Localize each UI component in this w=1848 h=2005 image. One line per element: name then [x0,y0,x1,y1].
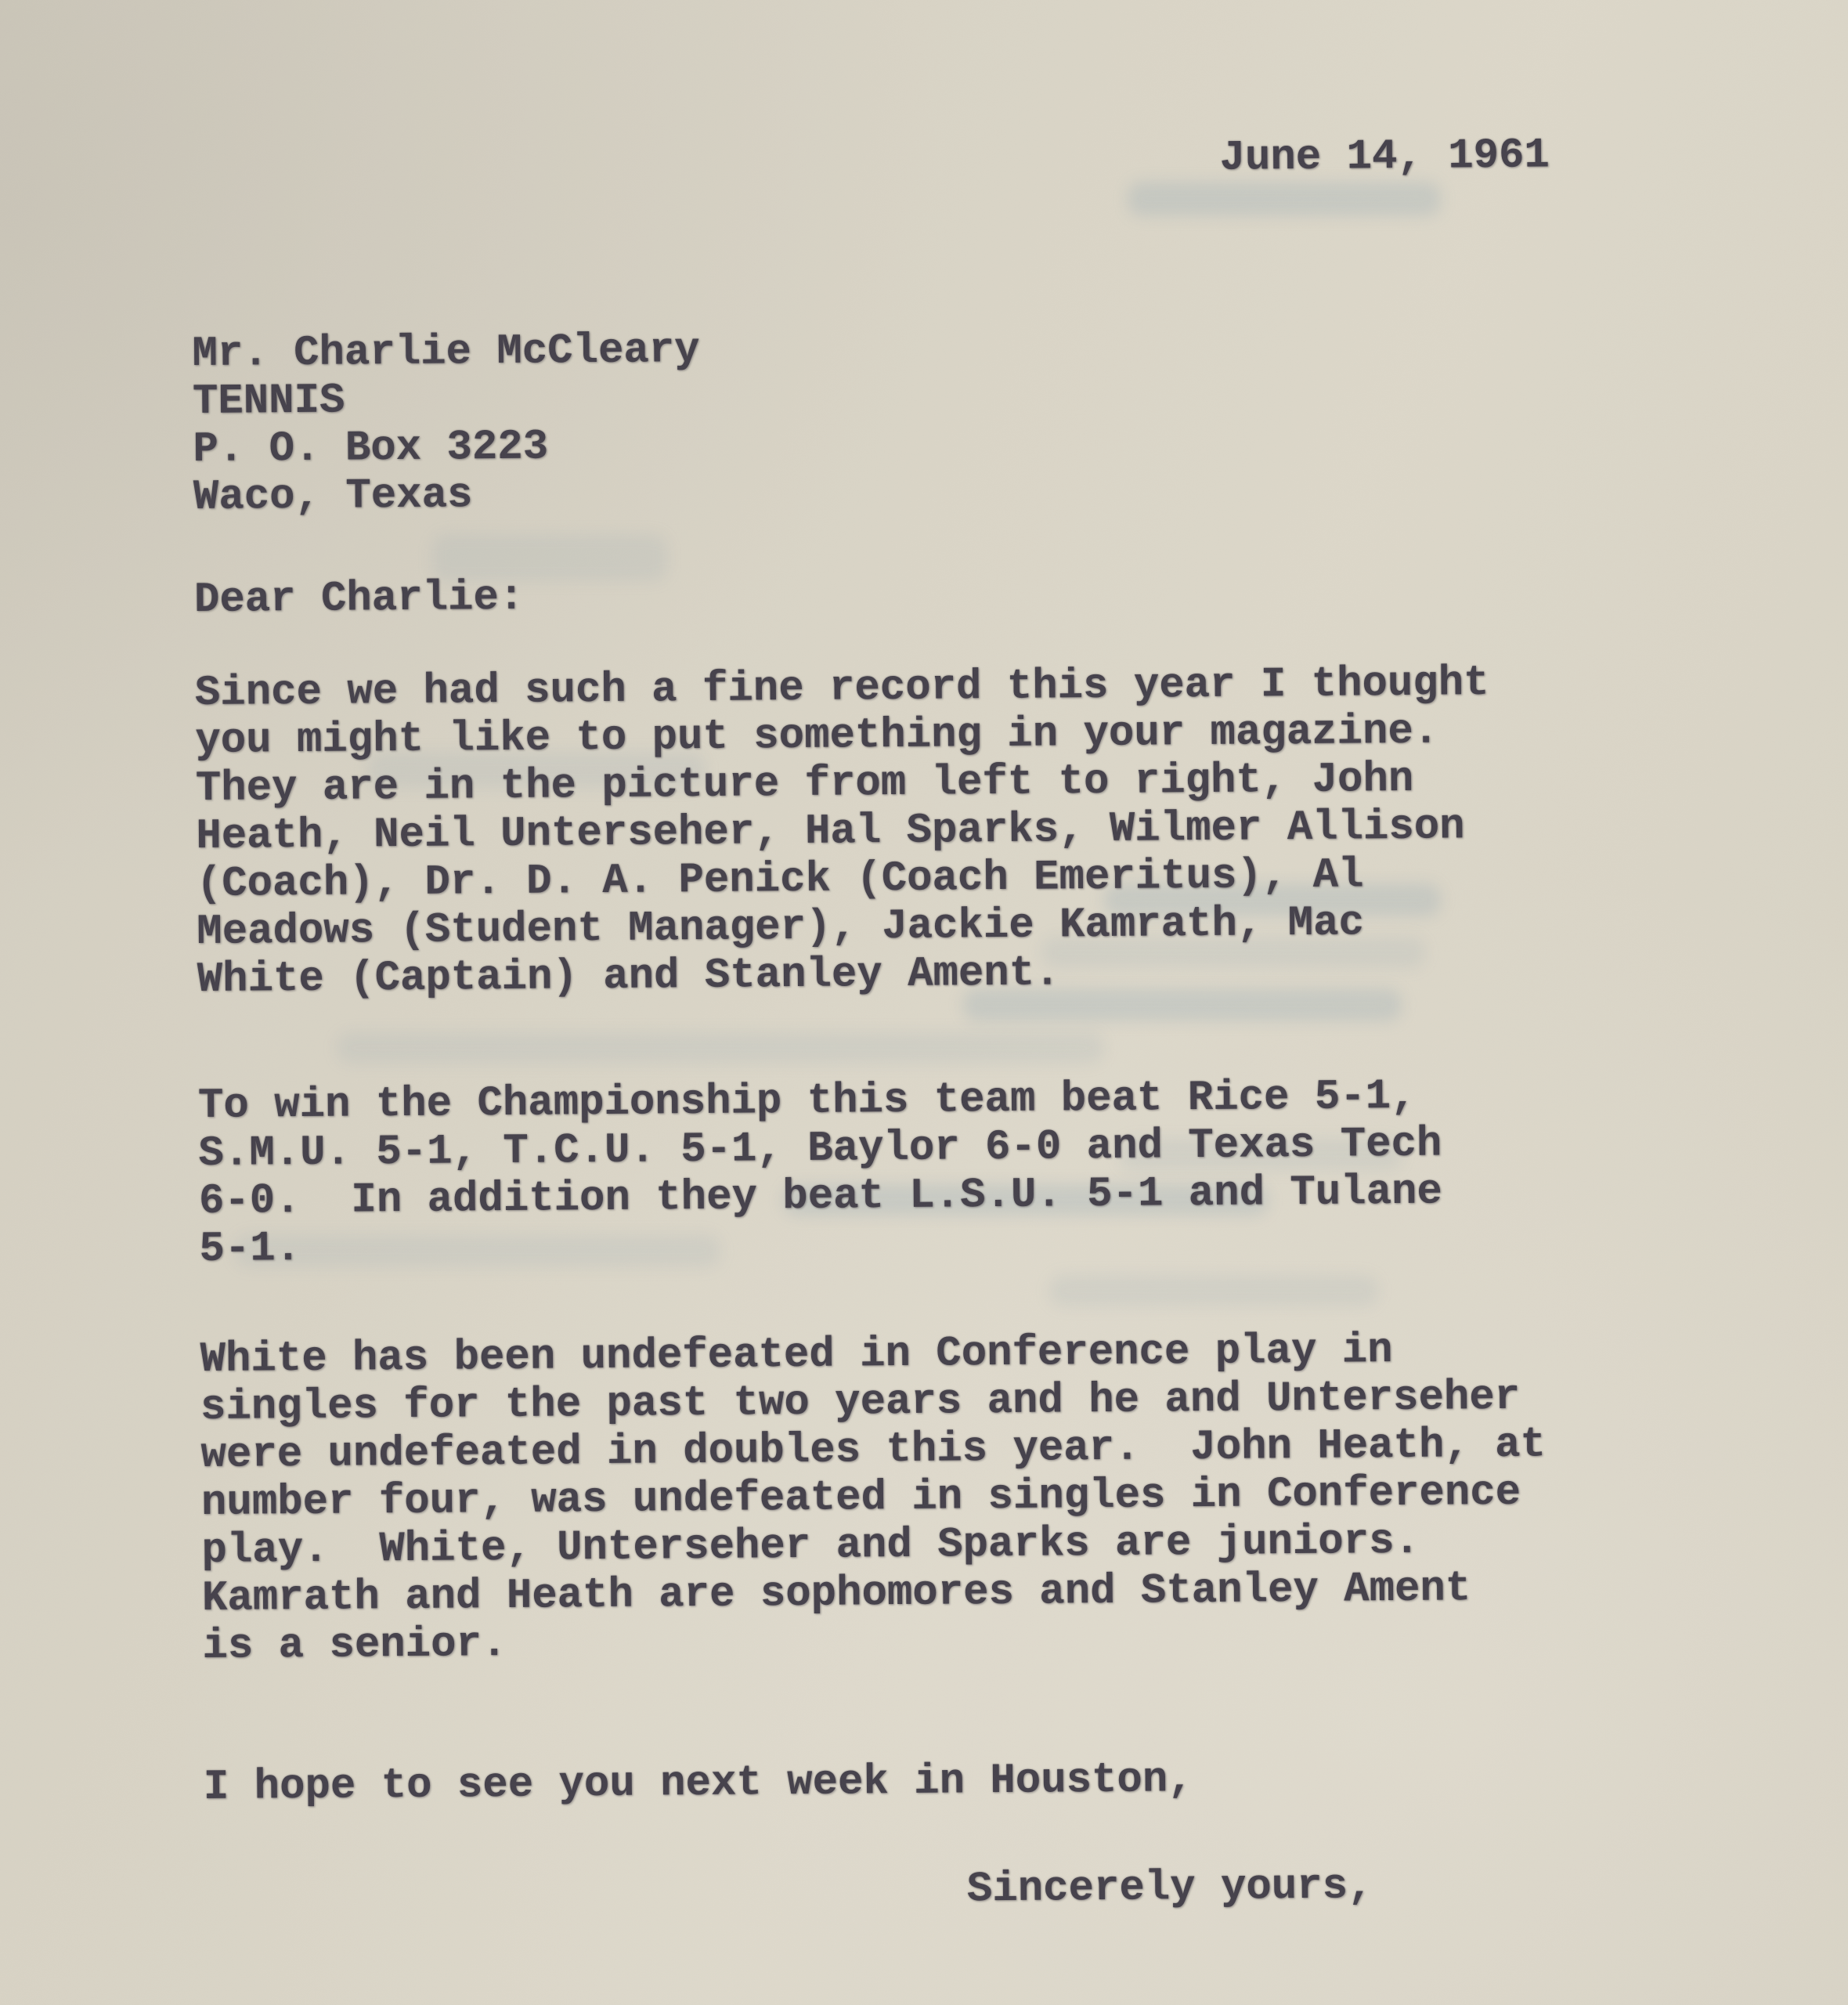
letter-paper: June 14, 1961 Mr. Charlie McCleary TENNI… [0,0,1848,2005]
body-paragraph-1: Since we had such a fine record this yea… [195,659,1492,1004]
recipient-city: Waco, Texas [193,471,473,522]
recipient-organization: TENNIS [193,378,345,427]
recipient-po-box: P. O. Box 3223 [193,423,548,474]
body-paragraph-4: I hope to see you next week in Houston, [204,1756,1193,1812]
letter-content: June 14, 1961 Mr. Charlie McCleary TENNI… [0,0,1848,2005]
body-paragraph-2: To win the Championship this team beat R… [198,1073,1443,1273]
body-paragraph-3: White has been undefeated in Conference … [200,1326,1547,1671]
salutation: Dear Charlie: [194,574,525,624]
closing: Sincerely yours, [967,1862,1373,1913]
recipient-address: Mr. Charlie McCleary TENNIS P. O. Box 32… [192,327,701,522]
recipient-name: Mr. Charlie McCleary [192,327,700,378]
letter-date: June 14, 1961 [1219,132,1550,182]
